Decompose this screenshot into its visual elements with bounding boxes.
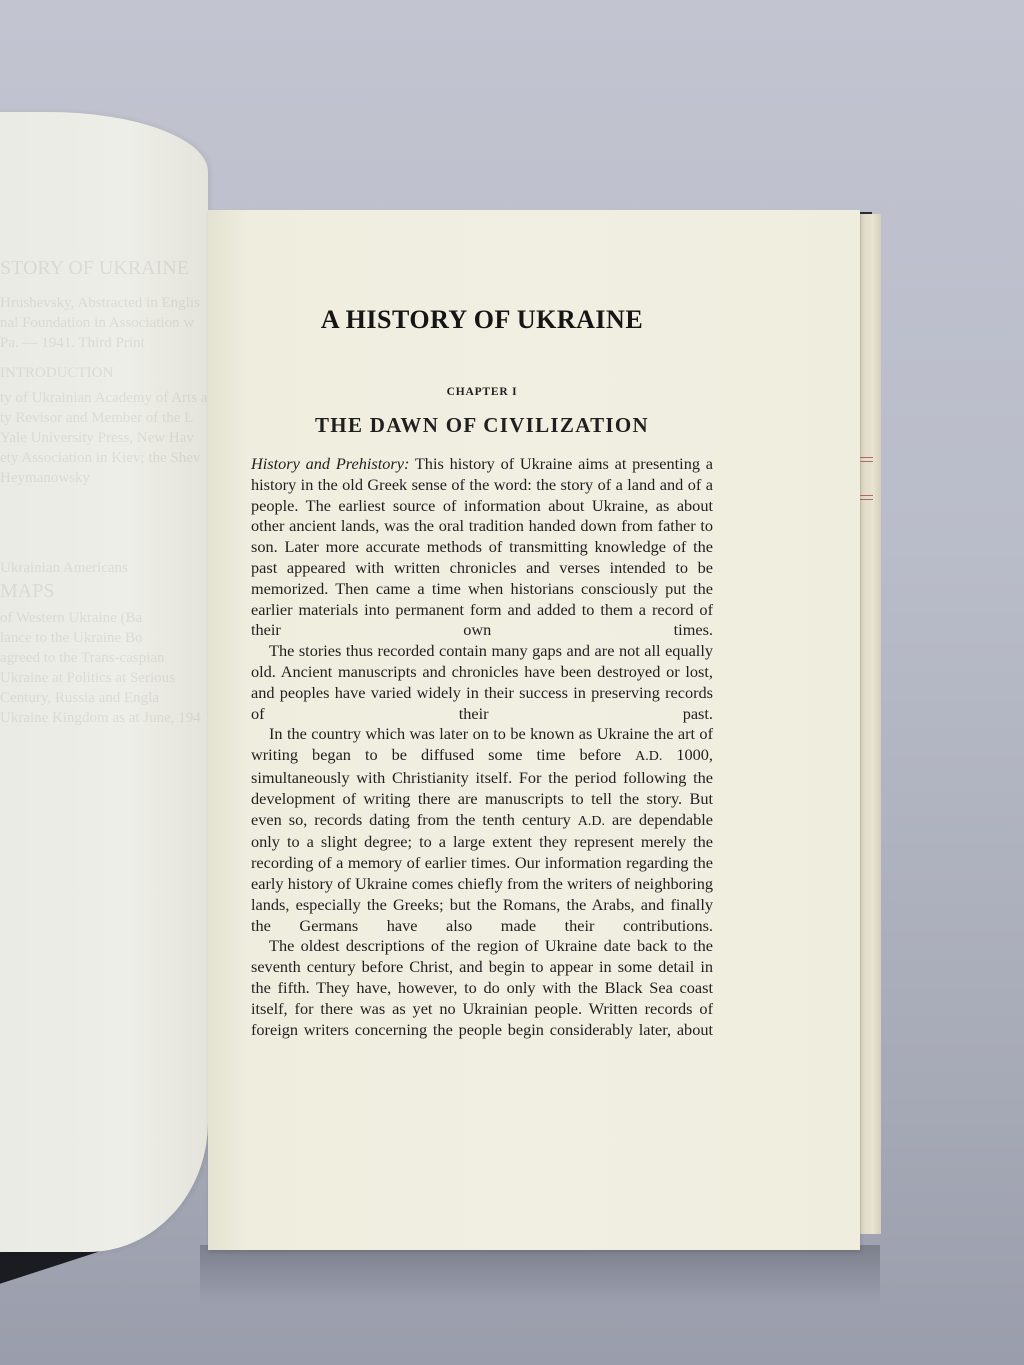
ghost-line: lance to the Ukraine Bo bbox=[0, 627, 142, 649]
paragraph-3: In the country which was later on to be … bbox=[251, 724, 713, 936]
ghost-line: nal Foundation in Association w bbox=[0, 312, 194, 334]
chapter-title: THE DAWN OF CIVILIZATION bbox=[251, 410, 713, 440]
ghost-line: Ukrainian Americans bbox=[0, 557, 128, 579]
ghost-line: STORY OF UKRAINE bbox=[0, 257, 189, 279]
ghost-line: agreed to the Trans-caspian bbox=[0, 647, 165, 669]
paragraph-4-text: The oldest descriptions of the region of… bbox=[251, 936, 713, 1038]
page-text-block: A HISTORY OF UKRAINE CHAPTER I THE DAWN … bbox=[251, 298, 713, 1040]
paragraph-2-text: The stories thus recorded contain many g… bbox=[251, 641, 713, 722]
chapter-number: CHAPTER I bbox=[251, 382, 713, 402]
ghost-line: ty of Ukrainian Academy of Arts a bbox=[0, 387, 207, 409]
book-title: A HISTORY OF UKRAINE bbox=[251, 298, 713, 342]
left-page: STORY OF UKRAINE Hrushevsky, Abstracted … bbox=[0, 112, 208, 1252]
ghost-line: MAPS bbox=[0, 580, 54, 602]
ghost-line: Ukraine Kingdom as at June, 194 bbox=[0, 707, 201, 729]
ghost-line: of Western Ukraine (Ba bbox=[0, 607, 142, 629]
ghost-line: Ukraine at Politics at Serious bbox=[0, 667, 175, 689]
paragraph-1-text: This history of Ukraine aims at presenti… bbox=[251, 454, 713, 639]
paragraph-4: The oldest descriptions of the region of… bbox=[251, 936, 713, 1040]
ghost-line: Pa. — 1941. Third Print bbox=[0, 332, 145, 354]
era-abbrev: A.D. bbox=[635, 749, 662, 764]
ghost-line: Heymanowsky bbox=[0, 467, 90, 489]
ghost-line: INTRODUCTION bbox=[0, 362, 113, 384]
ghost-line: ety Association in Kiev; the Shev bbox=[0, 447, 200, 469]
ghost-line: Yale University Press, New Hav bbox=[0, 427, 194, 449]
era-abbrev: A.D. bbox=[578, 814, 605, 829]
right-page: A HISTORY OF UKRAINE CHAPTER I THE DAWN … bbox=[208, 210, 860, 1250]
ghost-line: Hrushevsky, Abstracted in Englis bbox=[0, 292, 200, 314]
paragraph-1: History and Prehistory: This history of … bbox=[251, 454, 713, 641]
page-shadow bbox=[200, 1245, 880, 1305]
page-block-edge bbox=[860, 214, 881, 1234]
ghost-line: Century, Russia and Engla bbox=[0, 687, 159, 709]
ghost-line: ty Revisor and Member of the L bbox=[0, 407, 193, 429]
section-heading: History and Prehistory: bbox=[251, 454, 409, 473]
paragraph-2: The stories thus recorded contain many g… bbox=[251, 641, 713, 724]
